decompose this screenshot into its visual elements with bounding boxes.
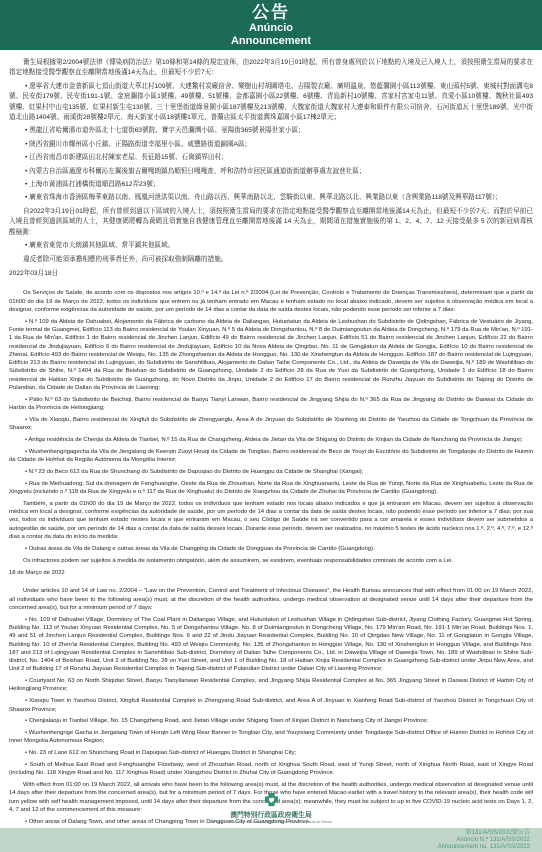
reference-pt: Anúncio N.º 131/A/SS/2022 <box>438 837 530 844</box>
reference-band: 第131/A/SS/2022號公告 Anúncio N.º 131/A/SS/2… <box>0 828 542 852</box>
pt-bullet-item: Pátio N.º 63 do Subdistrito de Beichiqi,… <box>9 396 533 413</box>
announcement-page: 公告 Anúncio Announcement 衛生局根據第2/2004號法律《… <box>0 0 542 852</box>
pt-bullet-item: Outras áreas da Vila de Dalang e outras … <box>9 545 533 553</box>
section-portuguese: Os Serviços de Saúde, de acordo com os d… <box>9 289 533 577</box>
section-chinese: 衛生局根據第2/2004號法律《傳染病防治法》第10條和第14條的規定宣佈，由2… <box>9 58 533 279</box>
en-bullet-item: Xiaoqiu Town in Yaozhou District, Xingfu… <box>9 697 533 714</box>
reference-zh: 第131/A/SS/2022號公告 <box>438 830 530 837</box>
pt-bullet-item: Rua de Meihuadong, Sul da drenagem de Fe… <box>9 480 533 497</box>
org-name-pt: Serviços de Saúde do Governo da Região A… <box>121 820 421 825</box>
health-bureau-cross-icon <box>264 792 279 807</box>
pt-date: 18 de Março de 2022 <box>9 569 533 577</box>
pt-bullet-item: N.º 109 da Aldeia de Dahuabei, Alojament… <box>9 318 533 393</box>
banner-title-en: Announcement <box>0 35 542 48</box>
en-bullet-item: No. 109 of Dahuabei Village, Dormitory o… <box>9 616 533 674</box>
zh-bullet-item: 上海市黃浦區打浦橋街道順昌路612弄23號； <box>9 180 533 190</box>
pt-bullet-item: Vila de Xiaoqiu, Bairro residencial de X… <box>9 416 533 433</box>
pt-second-paragraph: Também, a partir da 01h00 do dia 19 de M… <box>9 500 533 541</box>
pt-bullet-item: N.º 23 do Beco 612 da Rua de Shunchang d… <box>9 468 533 476</box>
en-bullet-item: Courtyard No. 63 on North Shiqidao Stree… <box>9 677 533 694</box>
zh-intro-paragraph: 衛生局根據第2/2004號法律《傳染病防治法》第10條和第14條的規定宣佈，由2… <box>9 58 533 79</box>
zh-date: 2022年03月18日 <box>9 269 533 279</box>
zh-bullet-item: 陝西省銅川市耀州區小丘鎮、正陽路街道幸福里小區、咸豐路街道錦園A區； <box>9 140 533 150</box>
en-bullet-item: Wushenhengrige Gacha in Jiergalang Town … <box>9 729 533 746</box>
en-bullet-item: Chenjialaoju in Tianbei Village, No. 15 … <box>9 717 533 725</box>
zh-bullet-item: 黑龍江省哈爾濱市道外區北十七道街63號院、寶宇天邑瀾灣小區、景陽街365號景陽世… <box>9 126 533 136</box>
zh-bullet-item: 廣東省珠海市香洲區梅華東路以南、鳳凰河泄洪渠以南、舟山路以西、興華南路以北、雲騎… <box>9 193 533 203</box>
zh-bullet-item: 內蒙古自治區通遼市科爾沁左翼後旗吉爾嘎朗鎮烏順恒日嘎嘎查、呼和浩特市回民區通道街… <box>9 167 533 177</box>
en-intro-paragraph: Under articles 10 and 14 of Law no. 2/20… <box>9 587 533 612</box>
en-bullet-item: No. 23 of Lane 612 on Shunchang Road in … <box>9 749 533 757</box>
health-bureau-signature: 澳門特別行政區政府衛生局 Serviços de Saúde do Govern… <box>121 792 421 825</box>
zh-penalty-paragraph: 違反者除可能須承擔相應的刑事責任外，尚可被採取強制隔離的措施。 <box>9 255 533 265</box>
banner-title-pt: Anúncio <box>0 22 542 35</box>
org-name-zh: 澳門特別行政區政府衛生局 <box>121 812 421 820</box>
en-bullet-item: South of Meihua East Road and Fenghuangh… <box>9 761 533 778</box>
announcement-reference: 第131/A/SS/2022號公告 Anúncio N.º 131/A/SS/2… <box>438 830 530 851</box>
pt-bullet-item: Wushenhengrigagecha da Vila de Jiergalan… <box>9 448 533 465</box>
reference-en: Announcement no. 131/A/SS/2022 <box>438 844 530 851</box>
announcement-banner: 公告 Anúncio Announcement <box>0 0 542 50</box>
banner-title-zh: 公告 <box>0 3 542 22</box>
zh-bullet-item: 江西省南昌市新建區田北村陳家老屋、長征路15號、石崗鎮界田村； <box>9 153 533 163</box>
zh-second-paragraph: 自2022年3月19日01時起，所有曾經到過以下區域的入境人士，須按照衛生當局的… <box>9 207 533 238</box>
zh-bullet-item: 廣東省東莞市大朗鎮其他區域、常平鎮其他區域。 <box>9 241 533 251</box>
zh-bullet-item: 遼寧省大連市金普新區七頂山街道大華北村109號、大連鰲村炭廠宿舍、樂樹山村胡圖塔… <box>9 82 533 124</box>
pt-bullet-item: Antiga residência de Chenjia da Aldeia d… <box>9 436 533 444</box>
announcement-body: 衛生局根據第2/2004號法律《傳染病防治法》第10條和第14條的規定宣佈，由2… <box>0 50 542 850</box>
pt-penalty-paragraph: Os infractores podem ser sujeitos à medi… <box>9 557 533 565</box>
pt-intro-paragraph: Os Serviços de Saúde, de acordo com os d… <box>9 289 533 314</box>
